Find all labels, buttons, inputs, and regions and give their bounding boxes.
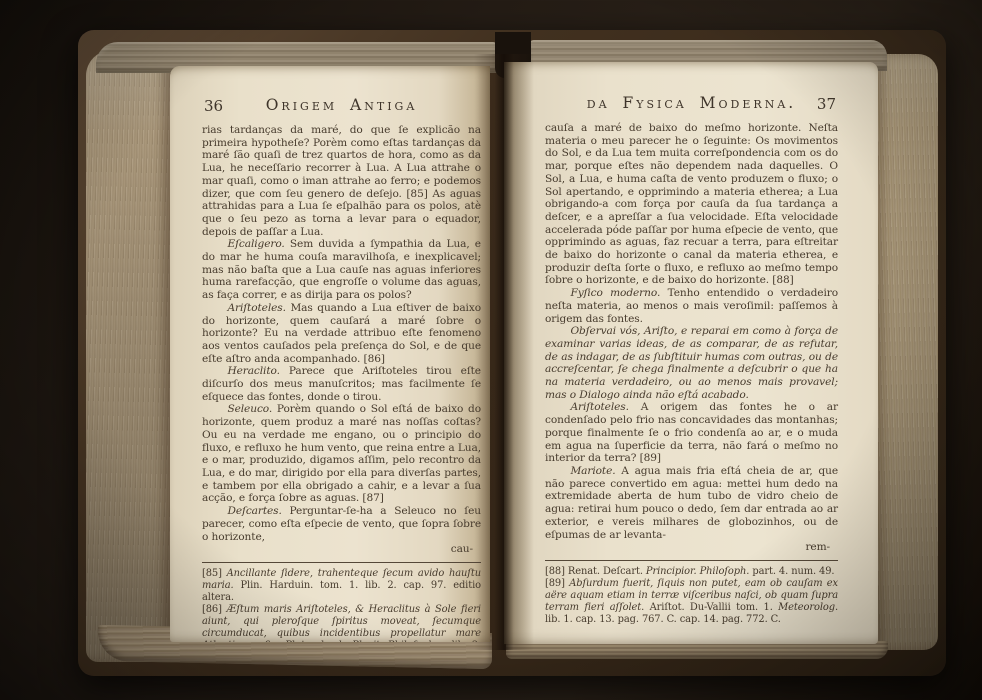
left-page: 36 Origem Antiga rias tardanças da maré,…	[170, 66, 490, 642]
left-page-number: 36	[204, 97, 223, 115]
speaker-name: Fyſico moderno.	[570, 287, 660, 299]
right-catchword: rem-	[545, 541, 838, 554]
left-paragraph-5: Seleuco. Porèm quando o Sol eſtá de baix…	[202, 403, 481, 505]
right-paragraph-4: Ariſtoteles. A origem das fontes he o ar…	[545, 401, 838, 465]
left-paragraph-6: Deſcartes. Perguntar-ſe-ha a Seleuco no …	[202, 505, 481, 543]
right-page-number: 37	[817, 95, 836, 113]
left-paragraph-3: Ariſtoteles. Mas quando a Lua eſtiver de…	[202, 302, 481, 366]
left-paragraph-1: rias tardanças da maré, do que ſe explic…	[202, 124, 481, 238]
right-footnote-rule	[545, 560, 838, 561]
speaker-name: Heraclito.	[227, 365, 279, 377]
photo-background: 36 Origem Antiga rias tardanças da maré,…	[0, 0, 982, 700]
right-page: da Fysica Moderna. 37 cauſa a maré de ba…	[504, 62, 878, 644]
right-footnotes: [88] Renat. Deſcart. Principior. Philoſo…	[545, 566, 838, 626]
speaker-name: Seleuco.	[227, 403, 272, 415]
right-paragraph-5: Mariote. A agua mais fria eſtá cheia de …	[545, 465, 838, 541]
left-paragraph-2: Eſcaligero. Sem duvida a ſympathia da Lu…	[202, 238, 481, 302]
left-running-head: 36 Origem Antiga	[202, 96, 481, 118]
right-body-text: cauſa a maré de baixo do meſmo horizonte…	[545, 122, 838, 554]
speaker-name: Deſcartes.	[227, 505, 281, 517]
left-catchword: cau-	[202, 543, 481, 556]
right-paragraph-3: Obſervai vós, Ariſto, e reparai em como …	[545, 325, 838, 401]
left-paragraph-4: Heraclito. Parece que Ariſtoteles tirou …	[202, 365, 481, 403]
right-paragraph-2: Fyſico moderno. Tenho entendido o verdad…	[545, 287, 838, 325]
right-running-head: da Fysica Moderna. 37	[545, 94, 838, 116]
speaker-name: Ariſtoteles.	[227, 302, 285, 314]
footnote-85: [85] Ancillante ſidere, trahenteque ſecu…	[202, 568, 481, 604]
speaker-name: Ariſtoteles.	[570, 401, 628, 413]
fore-edge-left	[86, 50, 170, 662]
speaker-name: Mariote.	[570, 465, 615, 477]
left-body-text: rias tardanças da maré, do que ſe explic…	[202, 124, 481, 556]
left-footnotes: [85] Ancillante ſidere, trahenteque ſecu…	[202, 568, 481, 642]
left-footnote-rule	[202, 562, 481, 563]
right-running-title: da Fysica Moderna.	[545, 94, 838, 112]
footnote-88: [88] Renat. Deſcart. Principior. Philoſo…	[545, 566, 838, 578]
fore-edge-right	[876, 54, 938, 650]
footnote-86: [86] Æſtum maris Ariſtoteles, & Heraclit…	[202, 604, 481, 642]
left-running-title: Origem Antiga	[202, 96, 481, 114]
footnote-89: [89] Abſurdum fuerit, ſiquis non putet, …	[545, 578, 838, 626]
right-paragraph-1: cauſa a maré de baixo do meſmo horizonte…	[545, 122, 838, 287]
speaker-name: Eſcaligero.	[227, 238, 284, 250]
